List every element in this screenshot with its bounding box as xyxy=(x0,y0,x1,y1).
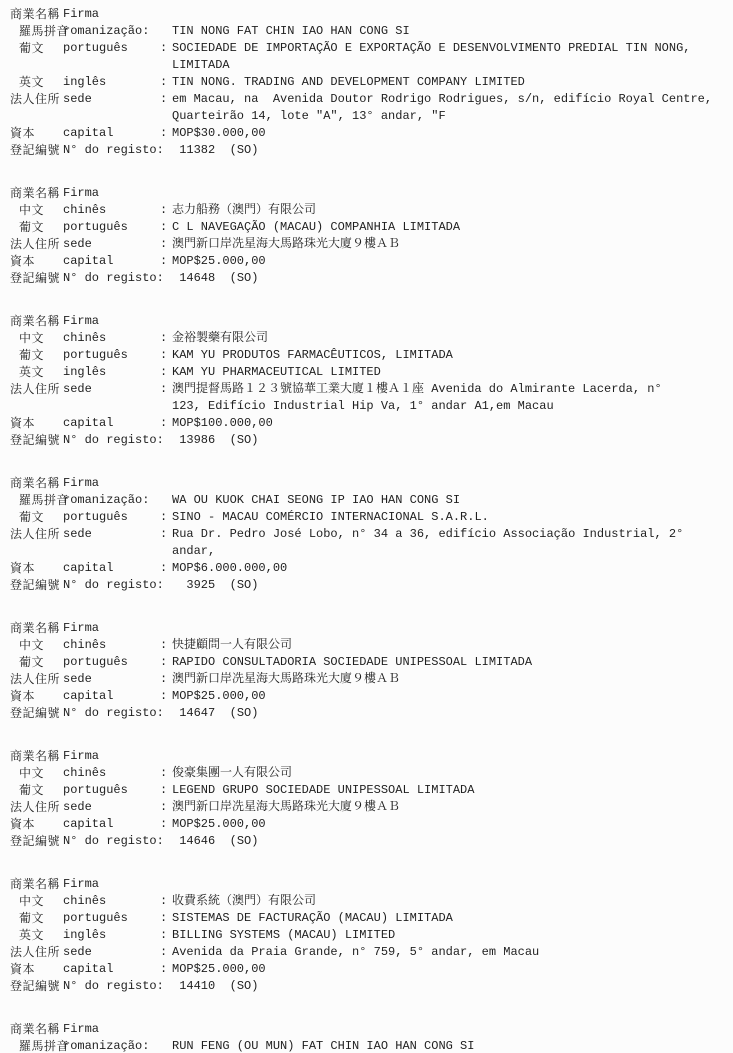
field-label-pt: sede xyxy=(63,91,160,108)
field-label-pt: N° do registo: xyxy=(63,833,160,850)
field-label-pt: romanização: xyxy=(63,23,160,40)
field-row: 商業名稱Firma xyxy=(10,876,729,893)
colon-separator: : xyxy=(160,253,172,270)
field-label-pt: chinês xyxy=(63,637,160,654)
field-label-pt: romanização: xyxy=(63,492,160,509)
field-label-zh: 羅馬拼音 xyxy=(10,1038,63,1053)
colon-separator: : xyxy=(160,415,172,432)
field-row: 資本capital:MOP$25.000,00 xyxy=(10,961,729,978)
field-label-pt: sede xyxy=(63,526,160,543)
field-label-pt: português xyxy=(63,910,160,927)
colon-separator: : xyxy=(160,219,172,236)
field-label-zh: 資本 xyxy=(10,125,63,142)
field-label-pt: português xyxy=(63,782,160,799)
field-row: 登記編號N° do registo: 14410 (SO) xyxy=(10,978,729,995)
field-label-zh: 商業名稱 xyxy=(10,620,63,637)
field-value: 澳門新口岸冼星海大馬路珠光大廈９樓ＡＢ xyxy=(172,671,729,688)
field-row: 中文chinês:志力船務（澳門）有限公司 xyxy=(10,202,729,219)
field-value: KAM YU PRODUTOS FARMACÊUTICOS, LIMITADA xyxy=(172,347,729,364)
field-value: SISTEMAS DE FACTURAÇÃO (MACAU) LIMITADA xyxy=(172,910,729,927)
field-row: 法人住所sede:Rua Dr. Pedro José Lobo, n° 34 … xyxy=(10,526,729,560)
field-row: 英文inglês:TIN NONG. TRADING AND DEVELOPME… xyxy=(10,74,729,91)
field-row: 資本capital:MOP$100.000,00 xyxy=(10,415,729,432)
field-value: 快捷顧問一人有限公司 xyxy=(172,637,729,654)
field-label-zh: 法人住所 xyxy=(10,381,63,398)
field-value: C L NAVEGAÇÃO (MACAU) COMPANHIA LIMITADA xyxy=(172,219,729,236)
field-row: 商業名稱Firma xyxy=(10,1021,729,1038)
field-label-zh: 資本 xyxy=(10,688,63,705)
field-row: 登記編號N° do registo: 13986 (SO) xyxy=(10,432,729,449)
colon-separator: : xyxy=(160,799,172,816)
colon-separator: : xyxy=(160,509,172,526)
field-label-pt: capital xyxy=(63,688,160,705)
colon-separator: : xyxy=(160,560,172,577)
field-label-zh: 葡文 xyxy=(10,654,63,671)
field-label-pt: N° do registo: xyxy=(63,142,160,159)
field-value: 收費系統（澳門）有限公司 xyxy=(172,893,729,910)
field-row: 法人住所sede:澳門提督馬路１２３號協華工業大廈１樓Ａ１座 Avenida d… xyxy=(10,381,729,415)
field-row: 資本capital:MOP$25.000,00 xyxy=(10,688,729,705)
colon-separator: : xyxy=(160,381,172,398)
field-label-pt: N° do registo: xyxy=(63,705,160,722)
field-row: 英文inglês:KAM YU PHARMACEUTICAL LIMITED xyxy=(10,364,729,381)
field-value: RAPIDO CONSULTADORIA SOCIEDADE UNIPESSOA… xyxy=(172,654,729,671)
field-row: 登記編號N° do registo: 3925 (SO) xyxy=(10,577,729,594)
field-label-zh: 商業名稱 xyxy=(10,475,63,492)
field-label-pt: capital xyxy=(63,560,160,577)
field-row: 商業名稱Firma xyxy=(10,620,729,637)
colon-separator: : xyxy=(160,364,172,381)
colon-separator: : xyxy=(160,688,172,705)
field-value: 14410 (SO) xyxy=(172,978,729,995)
field-row: 登記編號N° do registo: 14648 (SO) xyxy=(10,270,729,287)
field-row: 葡文português:KAM YU PRODUTOS FARMACÊUTICO… xyxy=(10,347,729,364)
colon-separator: : xyxy=(160,40,172,57)
colon-separator: : xyxy=(160,74,172,91)
field-label-pt: Firma xyxy=(63,620,160,637)
company-entry: 商業名稱Firma羅馬拼音romanização:RUN FENG (OU MU… xyxy=(10,1021,729,1053)
field-row: 法人住所sede:澳門新口岸冼星海大馬路珠光大廈９樓ＡＢ xyxy=(10,671,729,688)
field-row: 葡文português:SOCIEDADE DE IMPORTAÇÃO E EX… xyxy=(10,40,729,74)
field-value: MOP$100.000,00 xyxy=(172,415,729,432)
field-value: SOCIEDADE DE IMPORTAÇÃO E EXPORTAÇÃO E D… xyxy=(172,40,729,74)
colon-separator: : xyxy=(160,671,172,688)
field-label-zh: 法人住所 xyxy=(10,799,63,816)
field-label-zh: 資本 xyxy=(10,816,63,833)
field-row: 葡文português:LEGEND GRUPO SOCIEDADE UNIPE… xyxy=(10,782,729,799)
field-label-zh: 商業名稱 xyxy=(10,313,63,330)
field-label-zh: 商業名稱 xyxy=(10,185,63,202)
colon-separator: : xyxy=(160,765,172,782)
field-label-zh: 葡文 xyxy=(10,782,63,799)
field-label-zh: 中文 xyxy=(10,893,63,910)
field-label-pt: sede xyxy=(63,799,160,816)
field-label-pt: Firma xyxy=(63,1021,160,1038)
field-label-zh: 葡文 xyxy=(10,509,63,526)
field-value: 志力船務（澳門）有限公司 xyxy=(172,202,729,219)
field-value: 14648 (SO) xyxy=(172,270,729,287)
field-row: 商業名稱Firma xyxy=(10,185,729,202)
colon-separator: : xyxy=(160,910,172,927)
field-value: Rua Dr. Pedro José Lobo, n° 34 a 36, edi… xyxy=(172,526,729,560)
field-value: SINO - MACAU COMÉRCIO INTERNACIONAL S.A.… xyxy=(172,509,729,526)
field-label-zh: 登記編號 xyxy=(10,577,63,594)
colon-separator: : xyxy=(160,125,172,142)
company-entry: 商業名稱Firma羅馬拼音romanização:WA OU KUOK CHAI… xyxy=(10,475,729,594)
field-label-zh: 登記編號 xyxy=(10,833,63,850)
field-label-pt: Firma xyxy=(63,748,160,765)
field-value: 13986 (SO) xyxy=(172,432,729,449)
company-entry: 商業名稱Firma中文chinês:俊豪集團一人有限公司葡文português:… xyxy=(10,748,729,850)
field-row: 葡文português:RAPIDO CONSULTADORIA SOCIEDA… xyxy=(10,654,729,671)
field-label-zh: 羅馬拼音 xyxy=(10,23,63,40)
field-label-pt: português xyxy=(63,219,160,236)
field-label-pt: inglês xyxy=(63,364,160,381)
field-label-pt: capital xyxy=(63,253,160,270)
field-label-pt: português xyxy=(63,654,160,671)
company-entry: 商業名稱Firma中文chinês:快捷顧問一人有限公司葡文português:… xyxy=(10,620,729,722)
field-value: MOP$25.000,00 xyxy=(172,961,729,978)
field-label-zh: 登記編號 xyxy=(10,705,63,722)
field-value: KAM YU PHARMACEUTICAL LIMITED xyxy=(172,364,729,381)
field-row: 法人住所sede:em Macau, na Avenida Doutor Rod… xyxy=(10,91,729,125)
field-label-pt: sede xyxy=(63,671,160,688)
field-label-pt: capital xyxy=(63,961,160,978)
field-label-pt: sede xyxy=(63,944,160,961)
field-label-pt: Firma xyxy=(63,475,160,492)
field-label-zh: 登記編號 xyxy=(10,978,63,995)
field-label-zh: 法人住所 xyxy=(10,671,63,688)
field-row: 商業名稱Firma xyxy=(10,475,729,492)
field-row: 資本capital:MOP$6.000.000,00 xyxy=(10,560,729,577)
colon-separator: : xyxy=(160,236,172,253)
field-label-zh: 法人住所 xyxy=(10,526,63,543)
field-label-pt: inglês xyxy=(63,74,160,91)
colon-separator: : xyxy=(160,202,172,219)
field-label-pt: português xyxy=(63,347,160,364)
field-row: 資本capital:MOP$25.000,00 xyxy=(10,816,729,833)
field-row: 羅馬拼音romanização:WA OU KUOK CHAI SEONG IP… xyxy=(10,492,729,509)
field-label-pt: capital xyxy=(63,415,160,432)
field-label-zh: 中文 xyxy=(10,330,63,347)
field-value: BILLING SYSTEMS (MACAU) LIMITED xyxy=(172,927,729,944)
field-row: 登記編號N° do registo: 11382 (SO) xyxy=(10,142,729,159)
field-value: MOP$6.000.000,00 xyxy=(172,560,729,577)
colon-separator: : xyxy=(160,330,172,347)
field-label-zh: 登記編號 xyxy=(10,270,63,287)
field-row: 英文inglês:BILLING SYSTEMS (MACAU) LIMITED xyxy=(10,927,729,944)
field-label-zh: 商業名稱 xyxy=(10,6,63,23)
field-label-pt: Firma xyxy=(63,6,160,23)
field-label-zh: 登記編號 xyxy=(10,432,63,449)
field-label-pt: N° do registo: xyxy=(63,432,160,449)
field-value: Avenida da Praia Grande, n° 759, 5° anda… xyxy=(172,944,729,961)
colon-separator: : xyxy=(160,654,172,671)
field-value: 14647 (SO) xyxy=(172,705,729,722)
field-label-pt: chinês xyxy=(63,330,160,347)
field-value: MOP$25.000,00 xyxy=(172,688,729,705)
field-label-zh: 法人住所 xyxy=(10,91,63,108)
field-label-pt: Firma xyxy=(63,313,160,330)
company-entry: 商業名稱Firma中文chinês:志力船務（澳門）有限公司葡文portuguê… xyxy=(10,185,729,287)
field-label-zh: 英文 xyxy=(10,927,63,944)
field-label-zh: 資本 xyxy=(10,961,63,978)
colon-separator: : xyxy=(160,816,172,833)
field-label-pt: romanização: xyxy=(63,1038,160,1053)
field-value: LEGEND GRUPO SOCIEDADE UNIPESSOAL LIMITA… xyxy=(172,782,729,799)
field-label-pt: N° do registo: xyxy=(63,270,160,287)
field-row: 羅馬拼音romanização:TIN NONG FAT CHIN IAO HA… xyxy=(10,23,729,40)
colon-separator: : xyxy=(160,893,172,910)
field-row: 葡文português:SINO - MACAU COMÉRCIO INTERN… xyxy=(10,509,729,526)
field-row: 資本capital:MOP$30.000,00 xyxy=(10,125,729,142)
field-row: 中文chinês:金裕製藥有限公司 xyxy=(10,330,729,347)
field-label-pt: chinês xyxy=(63,202,160,219)
field-value: MOP$30.000,00 xyxy=(172,125,729,142)
company-entry: 商業名稱Firma羅馬拼音romanização:TIN NONG FAT CH… xyxy=(10,6,729,159)
field-label-zh: 法人住所 xyxy=(10,236,63,253)
field-label-pt: inglês xyxy=(63,927,160,944)
field-value: 俊豪集團一人有限公司 xyxy=(172,765,729,782)
field-label-zh: 資本 xyxy=(10,560,63,577)
field-label-zh: 商業名稱 xyxy=(10,1021,63,1038)
colon-separator: : xyxy=(160,961,172,978)
field-label-pt: português xyxy=(63,509,160,526)
field-label-zh: 中文 xyxy=(10,202,63,219)
company-entry: 商業名稱Firma中文chinês:收費系統（澳門）有限公司葡文portuguê… xyxy=(10,876,729,995)
field-value: TIN NONG. TRADING AND DEVELOPMENT COMPAN… xyxy=(172,74,729,91)
field-value: 金裕製藥有限公司 xyxy=(172,330,729,347)
field-label-zh: 資本 xyxy=(10,253,63,270)
field-row: 中文chinês:快捷顧問一人有限公司 xyxy=(10,637,729,654)
field-label-pt: N° do registo: xyxy=(63,577,160,594)
field-row: 中文chinês:俊豪集團一人有限公司 xyxy=(10,765,729,782)
field-row: 資本capital:MOP$25.000,00 xyxy=(10,253,729,270)
field-label-zh: 英文 xyxy=(10,74,63,91)
field-label-pt: sede xyxy=(63,236,160,253)
field-value: RUN FENG (OU MUN) FAT CHIN IAO HAN CONG … xyxy=(172,1038,729,1053)
field-value: MOP$25.000,00 xyxy=(172,253,729,270)
field-label-pt: N° do registo: xyxy=(63,978,160,995)
field-label-zh: 法人住所 xyxy=(10,944,63,961)
field-label-zh: 葡文 xyxy=(10,40,63,57)
field-label-pt: chinês xyxy=(63,893,160,910)
field-row: 商業名稱Firma xyxy=(10,748,729,765)
field-value: 14646 (SO) xyxy=(172,833,729,850)
field-label-zh: 商業名稱 xyxy=(10,748,63,765)
field-value: MOP$25.000,00 xyxy=(172,816,729,833)
field-value: 澳門新口岸冼星海大馬路珠光大廈９樓ＡＢ xyxy=(172,236,729,253)
field-row: 登記編號N° do registo: 14646 (SO) xyxy=(10,833,729,850)
field-row: 葡文português:C L NAVEGAÇÃO (MACAU) COMPAN… xyxy=(10,219,729,236)
field-label-pt: Firma xyxy=(63,876,160,893)
colon-separator: : xyxy=(160,91,172,108)
field-label-zh: 登記編號 xyxy=(10,142,63,159)
colon-separator: : xyxy=(160,637,172,654)
field-row: 葡文português:SISTEMAS DE FACTURAÇÃO (MACA… xyxy=(10,910,729,927)
field-label-pt: capital xyxy=(63,816,160,833)
field-label-pt: capital xyxy=(63,125,160,142)
field-label-pt: Firma xyxy=(63,185,160,202)
field-row: 法人住所sede:澳門新口岸冼星海大馬路珠光大廈９樓ＡＢ xyxy=(10,799,729,816)
colon-separator: : xyxy=(160,782,172,799)
registry-page: 商業名稱Firma羅馬拼音romanização:TIN NONG FAT CH… xyxy=(0,0,733,1053)
field-label-pt: chinês xyxy=(63,765,160,782)
field-value: 3925 (SO) xyxy=(172,577,729,594)
colon-separator: : xyxy=(160,927,172,944)
field-value: em Macau, na Avenida Doutor Rodrigo Rodr… xyxy=(172,91,729,125)
field-label-pt: sede xyxy=(63,381,160,398)
field-value: 澳門提督馬路１２３號協華工業大廈１樓Ａ１座 Avenida do Almiran… xyxy=(172,381,729,415)
field-label-zh: 英文 xyxy=(10,364,63,381)
field-row: 登記編號N° do registo: 14647 (SO) xyxy=(10,705,729,722)
field-value: WA OU KUOK CHAI SEONG IP IAO HAN CONG SI xyxy=(172,492,729,509)
field-row: 商業名稱Firma xyxy=(10,313,729,330)
field-label-zh: 葡文 xyxy=(10,910,63,927)
field-value: TIN NONG FAT CHIN IAO HAN CONG SI xyxy=(172,23,729,40)
field-row: 羅馬拼音romanização:RUN FENG (OU MUN) FAT CH… xyxy=(10,1038,729,1053)
field-label-zh: 葡文 xyxy=(10,219,63,236)
field-label-pt: português xyxy=(63,40,160,57)
colon-separator: : xyxy=(160,526,172,543)
company-entry: 商業名稱Firma中文chinês:金裕製藥有限公司葡文português:KA… xyxy=(10,313,729,449)
field-label-zh: 商業名稱 xyxy=(10,876,63,893)
field-row: 法人住所sede:Avenida da Praia Grande, n° 759… xyxy=(10,944,729,961)
field-label-zh: 中文 xyxy=(10,637,63,654)
field-row: 法人住所sede:澳門新口岸冼星海大馬路珠光大廈９樓ＡＢ xyxy=(10,236,729,253)
field-row: 商業名稱Firma xyxy=(10,6,729,23)
field-value: 11382 (SO) xyxy=(172,142,729,159)
field-label-zh: 中文 xyxy=(10,765,63,782)
field-value: 澳門新口岸冼星海大馬路珠光大廈９樓ＡＢ xyxy=(172,799,729,816)
colon-separator: : xyxy=(160,347,172,364)
field-row: 中文chinês:收費系統（澳門）有限公司 xyxy=(10,893,729,910)
field-label-zh: 資本 xyxy=(10,415,63,432)
field-label-zh: 羅馬拼音 xyxy=(10,492,63,509)
field-label-zh: 葡文 xyxy=(10,347,63,364)
colon-separator: : xyxy=(160,944,172,961)
